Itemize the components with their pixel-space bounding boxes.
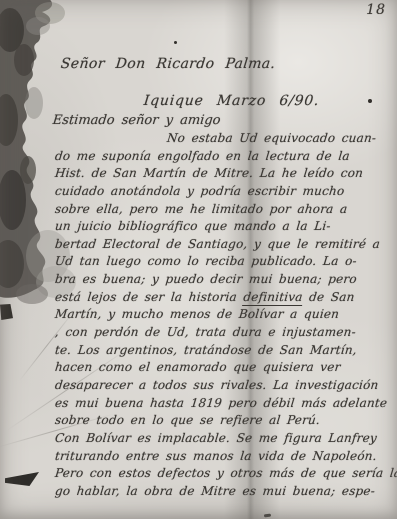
underline-pre-text: está lejos de ser la historia xyxy=(54,290,244,304)
body-line-text: está lejos de ser la historia definitiva… xyxy=(54,289,355,307)
dateline-text: Iquique Marzo 6/90. xyxy=(143,93,320,109)
body-line: , con perdón de Ud, trata dura e injusta… xyxy=(54,324,374,342)
body-line: hacen como el enamorado que quisiera ver xyxy=(54,359,374,377)
body-line-text: hacen como el enamorado que quisiera ver xyxy=(54,359,341,377)
bottom-edge-speck xyxy=(264,514,271,518)
body-line: sobre ella, pero me he limitado por ahor… xyxy=(54,201,374,219)
page-number: 18 xyxy=(366,2,386,18)
body-line-text: triturando entre sus manos la vida de Na… xyxy=(54,448,378,466)
body-line: Pero con estos defectos y otros más de q… xyxy=(54,465,374,483)
body-line-text: bra es buena; y puedo decir mui buena; p… xyxy=(54,271,358,289)
body-line: un juicio bibliográfico que mando a la L… xyxy=(54,218,374,236)
body-line-text: , con perdón de Ud, trata dura e injusta… xyxy=(54,324,357,342)
body-line: Martín, y mucho menos de Bolívar a quien xyxy=(54,306,374,324)
body-line: sobre todo en lo que se refiere al Perú. xyxy=(54,412,374,430)
recipient-line: Señor Don Ricardo Palma. xyxy=(60,56,275,72)
body-line: es mui buena hasta 1819 pero débil más a… xyxy=(54,395,374,413)
recipient-text: Señor Don Ricardo Palma. xyxy=(60,56,276,72)
body-line: go hablar, la obra de Mitre es mui buena… xyxy=(54,483,374,501)
body-line-text: No estaba Ud equivocado cuan- xyxy=(166,130,377,148)
body-line-text: sobre ella, pero me he limitado por ahor… xyxy=(54,201,348,219)
body-line: Ud tan luego como lo reciba publicado. L… xyxy=(54,253,374,271)
left-edge-wedge-mark xyxy=(5,472,39,486)
body-line-text: Pero con estos defectos y otros más de q… xyxy=(54,465,397,483)
body-line-text: un juicio bibliográfico que mando a la L… xyxy=(54,218,332,236)
letter-body: No estaba Ud equivocado cuan- do me supo… xyxy=(54,130,374,500)
body-line: bertad Electoral de Santiago, y que le r… xyxy=(54,236,374,254)
body-line: te. Los argentinos, tratándose de San Ma… xyxy=(54,342,374,360)
salutation-line: Estimado señor y amigo xyxy=(52,113,220,128)
left-edge-ink-blot xyxy=(0,304,13,320)
body-line-text: Martín, y mucho menos de Bolívar a quien xyxy=(54,306,340,324)
body-line-text: Ud tan luego como lo reciba publicado. L… xyxy=(54,253,358,271)
salutation-text: Estimado señor y amigo xyxy=(52,113,221,128)
body-line-text: desaparecer a todos sus rivales. La inve… xyxy=(54,377,379,395)
body-line: Hist. de San Martín de Mitre. La he leíd… xyxy=(54,165,374,183)
underline-post-text: de San xyxy=(302,290,355,304)
body-line-text: go hablar, la obra de Mitre es mui buena… xyxy=(54,483,376,501)
body-line-with-underline: está lejos de ser la historia definitiva… xyxy=(54,289,374,307)
body-line-text: te. Los argentinos, tratándose de San Ma… xyxy=(54,342,358,360)
body-line: desaparecer a todos sus rivales. La inve… xyxy=(54,377,374,395)
body-line-text: do me suponía engolfado en la lectura de… xyxy=(54,148,351,166)
dateline: Iquique Marzo 6/90. xyxy=(143,93,318,109)
underlined-word: definitiva xyxy=(243,290,304,306)
body-line-text: cuidado anotándola y podría escribir muc… xyxy=(54,183,345,201)
body-line: Con Bolívar es implacable. Se me figura … xyxy=(54,430,374,448)
body-line-text: sobre todo en lo que se refiere al Perú. xyxy=(54,412,321,430)
body-line: No estaba Ud equivocado cuan- xyxy=(54,130,374,148)
body-line-text: Hist. de San Martín de Mitre. La he leíd… xyxy=(54,165,364,183)
body-line-text: es mui buena hasta 1819 pero débil más a… xyxy=(54,395,388,413)
body-line: triturando entre sus manos la vida de Na… xyxy=(54,448,374,466)
body-line: bra es buena; y puedo decir mui buena; p… xyxy=(54,271,374,289)
letter-scan-page: 18 Señor Don Ricardo Palma. Iquique Marz… xyxy=(0,0,397,519)
ink-dot-top xyxy=(174,41,177,44)
body-line: do me suponía engolfado en la lectura de… xyxy=(54,148,374,166)
body-line: cuidado anotándola y podría escribir muc… xyxy=(54,183,374,201)
body-line-text: Con Bolívar es implacable. Se me figura … xyxy=(54,430,378,448)
ink-dot-right-of-dateline xyxy=(368,99,372,103)
body-line-text: bertad Electoral de Santiago, y que le r… xyxy=(54,236,381,254)
